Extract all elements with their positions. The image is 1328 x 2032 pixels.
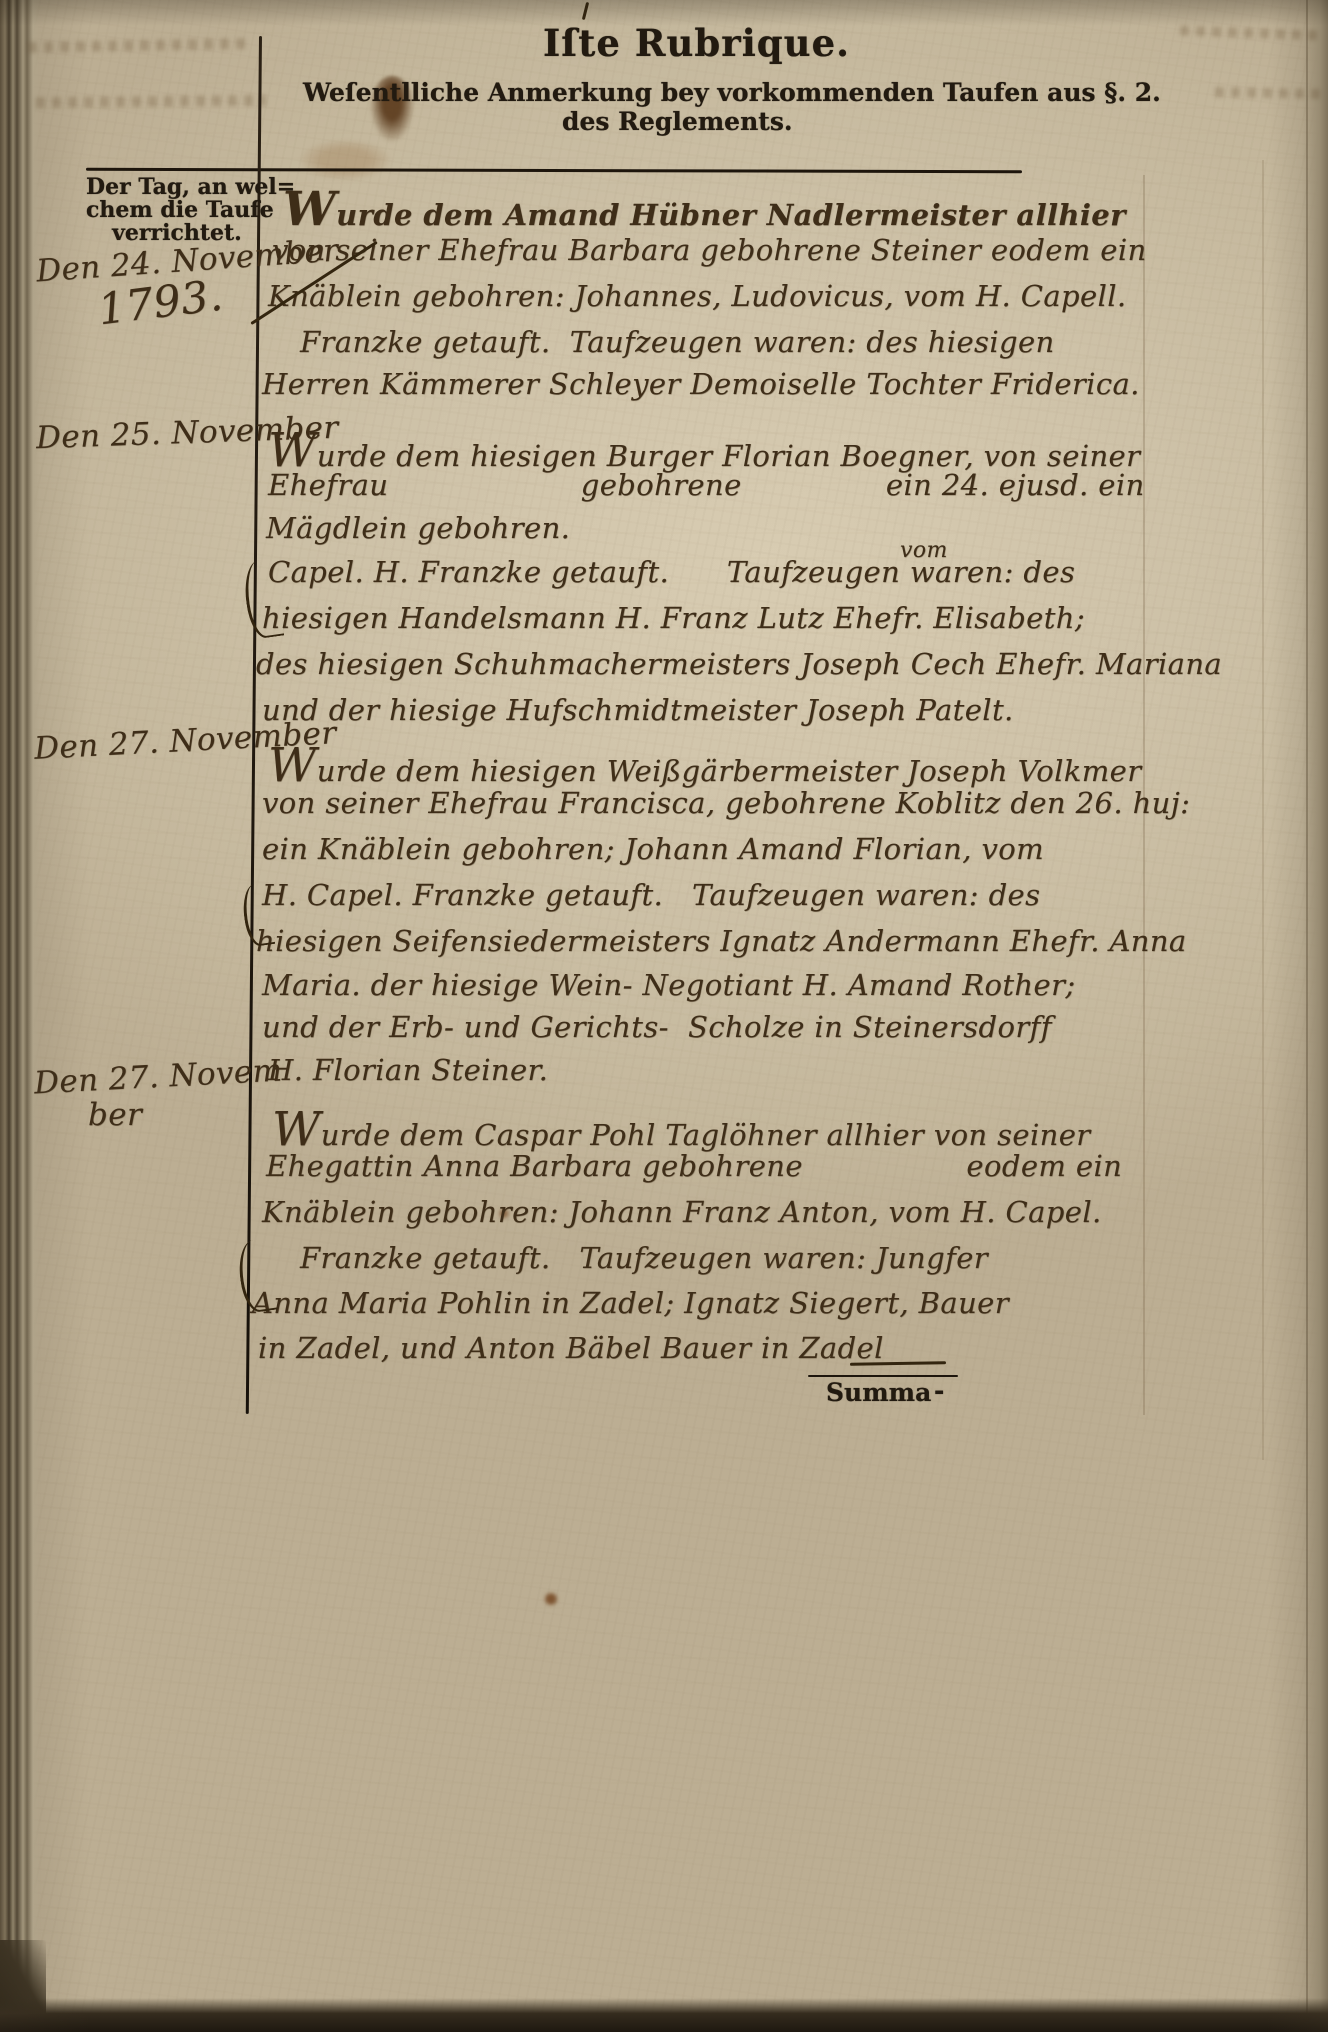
page-right-edge (1302, 0, 1328, 2032)
entry-2-line: hiesigen Handelsmann H. Franz Lutz Ehefr… (262, 604, 1085, 633)
entry-3-line: Wurde dem hiesigen Weißgärbermeister Jos… (268, 742, 1141, 789)
binding-edge (0, 0, 40, 2032)
entry-4-line: Franzke getauft. Taufzeugen waren: Jungf… (300, 1244, 988, 1273)
date-column-header-line: chem die Taufe (86, 199, 268, 222)
entry-2-line: des hiesigen Schuhmachermeisters Joseph … (256, 650, 1222, 679)
zadel-underline (850, 1361, 946, 1366)
entry-3-line: und der Erb- und Gerichts- Scholze in St… (262, 1013, 1052, 1042)
rubric-title: Iſte Rubrique. (543, 24, 850, 63)
summa-label: Summa (826, 1380, 931, 1406)
fold-crease (1262, 160, 1264, 1460)
entry-3-line: hiesigen Seifensiedermeisters Ignatz And… (256, 927, 1187, 956)
entry-3-line: ein Knäblein gebohren; Johann Amand Flor… (262, 835, 1044, 864)
entry-2-line: Wurde dem hiesigen Burger Florian Boegne… (268, 427, 1140, 474)
rubric-note-line1: Weſentlliche Anmerkung bey vorkommenden … (303, 80, 1161, 106)
bleed-through-mark (1180, 26, 1320, 41)
entry-3-line: Maria. der hiesige Wein- Negotiant H. Am… (262, 971, 1076, 1000)
ink-spot (543, 1592, 559, 1606)
entry-1-line: Knäblein gebohren: Johannes, Ludovicus, … (268, 282, 1127, 311)
manuscript-page: Iſte Rubrique. Weſentlliche Anmerkung be… (0, 0, 1328, 2032)
entry-3-line: von seiner Ehefrau Francisca, gebohrene … (262, 789, 1190, 818)
page-bottom-edge (0, 1998, 1328, 2032)
entry-1-year: 1793. (96, 275, 225, 333)
entry-2-line: Capel. H. Franzke getauft. Taufzeugen wa… (268, 558, 1075, 587)
entry-4-line: Ehegattin Anna Barbara gebohrene eodem e… (266, 1152, 1122, 1181)
header-rule (86, 168, 1022, 173)
date-column-header-line: Der Tag, an wel= (86, 176, 268, 199)
entry-1-line: von seiner Ehefrau Barbara gebohrene Ste… (272, 236, 1147, 265)
date-column-header: Der Tag, an wel= chem die Taufe verricht… (86, 176, 268, 245)
entry-2-line: Mägdlein gebohren. (266, 514, 570, 543)
summa-dash: - (934, 1378, 944, 1404)
entry-1-line: Franzke getauft. Taufzeugen waren: des h… (300, 328, 1055, 357)
entry-3-line: H. Florian Steiner. (268, 1056, 548, 1085)
rubric-note-line2: des Reglements. (562, 109, 793, 135)
bleed-through-mark (28, 38, 246, 53)
entry-4-line: Wurde dem Caspar Pohl Taglöhner allhier … (272, 1106, 1091, 1153)
entry-1-line: Wurde dem Amand Hübner Nadlermeister all… (283, 186, 1126, 233)
bleed-through-mark (36, 95, 266, 108)
entry-4-line: Anna Maria Pohlin in Zadel; Ignatz Siege… (252, 1289, 1009, 1318)
entry-4-line: in Zadel, und Anton Bäbel Bauer in Zadel (258, 1334, 884, 1363)
paper-stain (300, 140, 390, 180)
entry-2-line: Ehefrau gebohrene ein 24. ejusd. ein (268, 471, 1145, 500)
entry-2-interline-note: vom (900, 540, 948, 562)
entry-2-line: und der hiesige Hufschmidtmeister Joseph… (262, 696, 1014, 725)
entry-4-line: Knäblein gebohren: Johann Franz Anton, v… (262, 1198, 1102, 1227)
entry-1-line: Herren Kämmerer Schleyer Demoiselle Toch… (262, 370, 1140, 399)
stray-pen-mark (582, 2, 589, 20)
entry-3-line: H. Capel. Franzke getauft. Taufzeugen wa… (262, 881, 1040, 910)
entry-4-date: Den 27. Novem (33, 1056, 283, 1100)
entry-4-date-cont: ber (88, 1100, 142, 1131)
